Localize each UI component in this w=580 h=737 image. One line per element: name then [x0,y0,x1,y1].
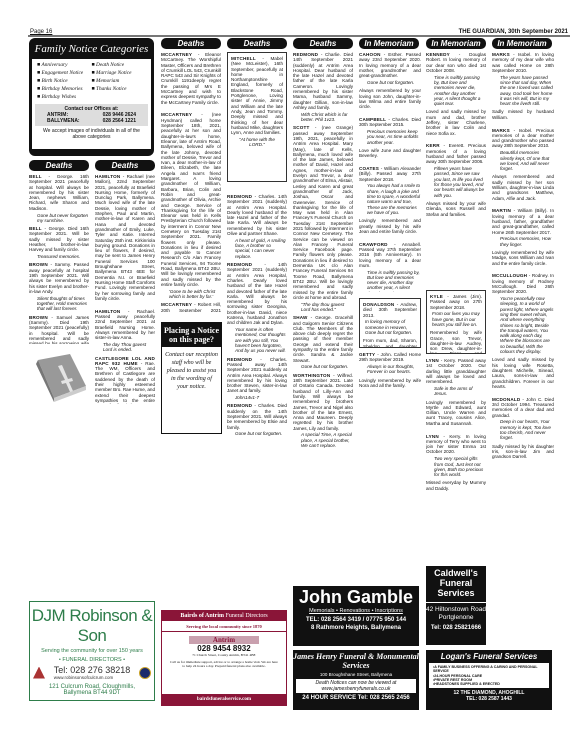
ad-caldwell-addr: 42 Hiltonstown Road Portglenone [426,606,486,622]
notice: Loved and sadly missed by his loving wif… [492,357,554,389]
ad-caldwells: Caldwell's Funeral Services 42 Hiltonsto… [426,566,486,645]
notice-name: HAMILTON [95,174,120,179]
notice-mitchell: MITCHELL - Mabel (Nee McLeister), 16th S… [227,52,287,182]
notice-name: MARTIN [492,208,511,213]
notice: REDMOND - 14th September 2021 (suddenly)… [227,262,287,326]
notice-text: Lovingly remembered by Myrtle and Edward… [426,400,486,426]
notice-verse: 'Gone to be with Christ which is better … [161,289,221,300]
notice-text: - 14th September 2021 (suddenly) at Antr… [227,262,287,325]
notice-verse: Treasured memories. [29,254,89,259]
ad-gamble-links: Memorials • Renovations • Inscriptions [293,608,419,614]
notice-name: LYNN [426,434,439,439]
category-item: Birth Notice [37,78,92,84]
ad-bairds-web: bairdsfuneralservice.com [162,694,286,705]
ad-bairds-body: Call us for immediate support, advice or… [162,657,286,671]
notice-verse: John14v1-7 [227,395,287,400]
notice-text: - Charlie. Died 14th September 2021 (sud… [293,52,353,110]
ad-gamble-name: John Gamble [293,587,419,608]
notices-col8: MARKS - Isobel. In loving memory of my d… [492,52,554,572]
notice-verse: Deep in our hearts, Your memory is kept,… [492,419,554,440]
notice-name: MITCHELL [231,56,256,61]
notice-verse: Gone but not forgotten. [227,431,287,436]
notice-verse: In loving memory of someone in Heaven, G… [363,319,417,335]
bible-cross-icon [30,352,88,402]
ad-jhenry-addr: 100 Broughshane Street, Ballymena [293,672,419,677]
notice-text: - (nee Hyndman) called home September 18… [161,112,221,287]
category-item: Memoriam [92,78,147,84]
ad-logans: Logan's Funeral Services •A FAMILY BUSIN… [426,650,552,710]
notice: MARTIN - William (Billy). In loving memo… [492,208,554,234]
notice-text: - Rae. The WM, Officers and Brethren of … [95,361,155,404]
notice: CAMPBELL - Charles. Died 30th September … [359,117,421,128]
notice-name: REDMOND [227,357,252,362]
notice-donaldson: DONALDSON - Andrew, died 30th September … [359,298,421,348]
notice: KENNEDY - Douglas Robert. In loving memo… [426,52,486,73]
notice: Always remembered and sadly missed by he… [492,174,554,200]
ad-jhenry-tel: 24 HOUR SERVICE Tel: 028 2565 2456 [293,695,419,701]
notice-text: - Wilfred. 18th September 2021. Late of … [293,373,353,431]
notice-name: CAHOON [359,52,381,57]
notice-name: MARKS [492,52,510,57]
section-header-memoriam: In Memoriam [492,38,552,49]
notice-text: - Eleanor McCartney. The Worshipful Mast… [161,52,221,105]
notice-name: REDMOND [227,194,252,199]
notice-text: Loved and sadly missed by his loving wif… [492,357,554,388]
notice-name: WORTHINGTON [293,373,330,378]
notice: Lovingly remembered and greatly missed b… [359,218,421,234]
notice-verse: Silent thoughts of times together, Hold … [29,296,89,312]
notice-text: Lovingly remembered by wife Nora and all… [359,378,421,388]
notice: CRAWFORD - Annabell. Passed way 27th Sep… [359,242,421,268]
notice-text: - Rachael. Passed away peacefully 22nd S… [95,309,155,340]
notice: GETTY - John. Called Home 29th September… [359,352,421,363]
notice: Lovingly remembered by wife Nora and all… [359,378,421,389]
notice-name: BROWN [29,262,48,267]
notice-name: DONALDSON [363,302,394,307]
placing-body: Contact our reception staff who will be … [162,347,221,395]
ad-bairds-tagline: Serving the local community since 1870 [162,624,286,632]
notice-verse: Always in our thoughts, Forever in our h… [359,364,421,375]
notice: CAHOON - Esther. Passed away 23rd Septem… [359,52,421,78]
notice-footer: From mum, dad, Sharon, Sheldon and daugh… [363,338,417,348]
notice-verse: Beautiful memories silently kept, Of one… [492,150,554,171]
notice-name: KYLE [430,294,443,299]
category-item: Death Notice [92,62,147,68]
ad-bairds: Bairds of Antrim Funeral Directors Servi… [161,610,287,706]
notice: Love wife June and daughter Beverley. [359,148,421,159]
notice-name: MCCARTNEY [161,302,192,307]
notice-name: REDMOND [227,262,252,267]
notice: BELL - George. 16th September 2021 peace… [29,174,89,211]
crest-icon [139,667,151,679]
header-rule [28,35,570,37]
notice-verse: "The day thou gavest Lord has ended." [293,302,353,313]
category-item: Engagement Notice [37,70,92,76]
ad-caldwell-tel: Tel: 028 25821666 [426,625,486,631]
category-item: Birthday Wishes [37,94,92,100]
notice: HAMILTON - Rachael. Passed away peaceful… [95,309,155,341]
notice-text: - Sammy. Passed away peacefully at hospi… [29,262,89,293]
notice-kyle: KYLE - James (Jim). Passed away on 27th … [426,290,486,354]
notice-text: Always missed by your wife Glenda, sons … [426,201,486,217]
notice-verse: "At home with the LORD." [231,137,283,148]
notice-verse: You're peacefully now sleeping, In a wor… [492,296,554,354]
notice-verse: Safe in the arms of Jesus. [426,386,486,397]
office-phone: 028 2564 1221 [103,118,136,124]
notice: MCCULLOUGH - Rodney. In loving memory of… [492,273,554,294]
notice-name: MCDONALD [492,397,520,402]
contact-panel: Contact our Offices at: ANTRIM:028 9446 … [35,104,148,126]
service-item: •HEADSTONES SUPPLIED & ERECTED [433,682,545,686]
notice-text: Sadly missed by husband William. [492,109,554,119]
notice: REDMOND - Charlie. Died 14th September 2… [293,52,353,110]
service-item: •A FAMILY BUSINESS OFFERING A CARING AND… [433,665,545,674]
notice-name: REDMOND [227,403,252,408]
notice: MCDONALD - John C. Died 3rd October 1994… [492,397,554,418]
notice: MARKS - Isobel. Precious memories of a d… [492,128,554,149]
notice-verse: With Christ which is far better. Phil 1v… [293,112,353,123]
notice-name: BELL [29,226,42,231]
notice-name: REDMOND [293,52,318,57]
notice: Always missed by your wife Glenda, sons … [426,201,486,217]
section-header-deaths: Deaths [227,38,287,49]
ad-djm-tel: Tel: 028 276 38218 [54,665,131,675]
notice-text: Sadly missed by his daughter Iris, son-i… [492,444,554,460]
ad-bairds-tel: 028 9454 8932 [162,644,286,653]
notice: Sadly missed by his daughter Iris, son-i… [492,444,554,460]
notice-text: - Rachael (nee Mallon), 22nd September 2… [95,174,155,301]
category-item: Anniversary [37,62,92,68]
notice-verse: Time is swiftly passing by, But love and… [359,270,421,292]
notice: Always remembered by your loving son Joh… [359,88,421,109]
ad-bairds-sub: Funeral Directors [224,613,268,619]
notice-text: Lovingly remembered and greatly missed b… [359,218,421,234]
ad-logan-name: Logan's Funeral Services [426,652,552,661]
notices-col2: HAMILTON - Rachael (nee Mallon), 22nd Se… [95,174,155,404]
notice-verse: The years have passed since that sad day… [492,75,554,107]
notice-name: SCOTT [293,125,310,130]
notice-text: Missed everyday by Mummy and Daddy. [426,480,486,490]
notice: REDMOND - Charles. Died suddenly on the … [227,403,287,429]
notices-col3: MCCARTNEY - Eleanor McCartney. The Worsh… [161,52,221,312]
notice-name: MCCARTNEY [161,112,192,117]
categories-box: Family Notice Categories AnniversaryDeat… [29,38,154,156]
notice-verse: Gone but not forgotten. [359,80,421,85]
masonic-emblem-icon [33,667,45,679]
office-name: BALLYMENA: [47,118,80,124]
notices-col6b: GETTY - John. Called Home 29th September… [359,352,421,522]
notice-verse: Gone but never forgotten my sunshine. [29,213,89,224]
ad-djm-name: DJM Robinson & Son [30,606,154,646]
notice-name: KERR [426,143,440,148]
ad-gamble-tel: TEL: 028 2564 3419 / 07775 950 144 [293,617,419,623]
notice: CASTLEGORE LOL AND RAPC 932 HUME - Rae. … [95,356,155,405]
notice-footer: Remembered by wife Grace, son Trevor, da… [430,330,482,354]
notice-name: CAMPBELL [359,117,386,122]
notice-verse: Gone but not forgotten. [293,364,353,369]
notice-name: COATES [359,166,379,171]
notice-text: - Charles. Passed away 14th September 20… [227,357,287,394]
notice-name: CRAWFORD [359,242,388,247]
category-item: Birthday Memories [37,86,92,92]
ad-logan-tel: TEL: 028 2587 1443 [426,696,552,702]
notice: WORTHINGTON - Wilfred. 18th September 20… [293,373,353,431]
ad-jhenry-name: James Henry Funeral & Monumental Service… [293,652,419,670]
notice: COATES - William Alexander (Billy). Pass… [359,166,421,182]
notice: BROWN - Sammy. Passed away peacefully at… [29,262,89,294]
section-header-deaths: Deaths [29,160,89,171]
notice-name: MARKS [492,128,510,133]
notice-name: HAMILTON [95,309,120,314]
notices-col5: REDMOND - Charlie. Died 14th September 2… [293,52,353,520]
notice: Lovingly remembered by wife Madge, sons … [492,250,554,266]
notices-col7b: LYNN - Kerry. Passed away 1st October 20… [426,358,486,518]
notice-verse: Precious memories, How they linger. [492,236,554,247]
categories-title: Family Notice Categories [29,43,154,55]
notice: LYNN - Kerry. Passed away 1st October 20… [426,358,486,384]
section-header-deaths: Deaths [293,38,353,49]
notice-verse: Time is swiftly passing by, But love and… [426,75,486,107]
notice-verse: The day Thou gavest Lord is ended. [95,342,155,353]
notice: MCCARTNEY - (nee Hyndman) called home Se… [161,112,221,287]
notice-text: Love wife June and daughter Beverley. [359,148,421,158]
notice: HAMILTON - Rachael (nee Mallon), 22nd Se… [95,174,155,301]
notice-verse: A heart of gold, A smiling face, A broth… [227,238,287,259]
notice: SCOTT - (nee Grange) passed away Septemb… [293,125,353,300]
notice-verse: You always had a smile to share, A laugh… [359,183,421,215]
notice: REDMOND - Charles. 14th September 2021 (… [227,194,287,236]
placing-notice-box: Placing a Notice on this page? Contact o… [161,322,222,434]
notice-verse: From our lives you may have gone, But in… [430,311,482,327]
section-header-deaths: Deaths [161,38,221,49]
ad-jhenry-note: Death Notices can now be viewed at www.j… [296,679,416,693]
notice: MCCARTNEY - Robert Hill, 20th September … [161,302,221,312]
notice: Missed everyday by Mummy and Daddy. [426,480,486,491]
notice-verse: A special Time, A special place, A speci… [293,432,353,448]
ad-djm-robinson: DJM Robinson & Son Serving the community… [29,601,155,701]
notice-text: Always remembered and sadly missed by he… [492,174,554,200]
section-header-deaths: Deaths [95,160,155,171]
notice-verse: Your name is often mentioned, Our though… [227,327,287,353]
notice-text: Loved and sadly missed by mum and dad, b… [426,109,486,135]
category-item: Marriage Notice [92,70,147,76]
section-header-memoriam: In Memoriam [359,38,419,49]
notice-verse: Fifteen years have passed, Since we saw … [426,166,486,198]
ad-djm-addr: Ballymena BT44 9DT [30,690,154,696]
notice-text: - Charles. 14th September 2021 (suddenly… [227,194,287,236]
ad-john-gamble: John Gamble Memorials • Renovations • In… [293,586,419,646]
notice-text: - Mabel (Nee McLeister), 16th September,… [231,56,283,135]
notice: MCCARTNEY - Eleanor McCartney. The Worsh… [161,52,221,105]
notice-name: GETTY [359,352,375,357]
notice-name: LYNN [426,358,439,363]
ad-james-henry: James Henry Funeral & Monumental Service… [293,650,419,710]
accept-note: We accept images of individuals in all o… [37,128,146,140]
ad-gamble-addr: 8 Rathmore Heights, Ballymena [293,625,419,631]
category-item: Thanks Notice [92,86,147,92]
ad-djm-tagline: Serving the community for over 150 years [30,648,154,654]
ad-logan-services: •A FAMILY BUSINESS OFFERING A CARING AND… [429,663,549,688]
notice: Loved and sadly missed by mum and dad, b… [426,109,486,135]
notice-text: - George. Gracehill and Galgorm Senior C… [293,315,353,362]
notice-verse: Two very special gifts from God, Just le… [426,456,486,477]
ad-bairds-name: Bairds of Antrim [180,613,224,619]
notice-text: - Samuel James (Sammy). Died 19th Septem… [29,315,89,344]
notice-name: MCCULLOUGH [492,273,527,278]
notice-name: SHAW [293,315,308,320]
notice-text: - George. 16th September 2021 peacefully… [29,174,89,211]
notice-name: BROWN [29,315,48,320]
notice-name: KENNEDY [426,52,450,57]
notice-text: - (nee Grange) passed away September 19t… [293,125,353,300]
notice: MARKS - Isobel. In loving memory of my d… [492,52,554,73]
ad-djm-web: www.robinsonsofculcrum.com [54,675,131,680]
notice-verse: Precious memories keep you near, As time… [359,129,421,145]
notice-name: BELL [29,174,42,179]
notice-text: Always remembered by your loving son Joh… [359,88,421,109]
notices-col7: KENNEDY - Douglas Robert. In loving memo… [426,52,486,290]
notice: SHAW - George. Gracehill and Galgorm Sen… [293,315,353,363]
notice: BROWN - Samuel James (Sammy). Died 19th … [29,315,89,344]
ad-caldwell-name: Caldwell's Funeral Services [426,568,486,603]
notice-name: MCCARTNEY [161,52,192,57]
notice-text: Lovingly remembered by wife Madge, sons … [492,250,554,266]
notices-col6: CAHOON - Esther. Passed away 23rd Septem… [359,52,421,292]
notice: REDMOND - Charles. Passed away 14th Sept… [227,357,287,394]
notices-col1: BELL - George. 16th September 2021 peace… [29,174,89,344]
notices-col4: REDMOND - Charles. 14th September 2021 (… [227,194,287,516]
notice: LYNN - Kerry. In loving memory of Terry … [426,434,486,455]
notice: KERR - Everett. Precious memories of a l… [426,143,486,164]
section-header-memoriam: In Memoriam [426,38,486,49]
notice: Sadly missed by husband William. [492,109,554,120]
notice: Lovingly remembered by Myrtle and Edward… [426,400,486,426]
placing-title: Placing a Notice on this page? [162,323,221,347]
notice: BELL - George. Died 16th September 2021.… [29,226,89,252]
ad-bairds-town: Antrim [189,636,259,644]
category-list: AnniversaryDeath NoticeEngagement Notice… [37,62,146,100]
